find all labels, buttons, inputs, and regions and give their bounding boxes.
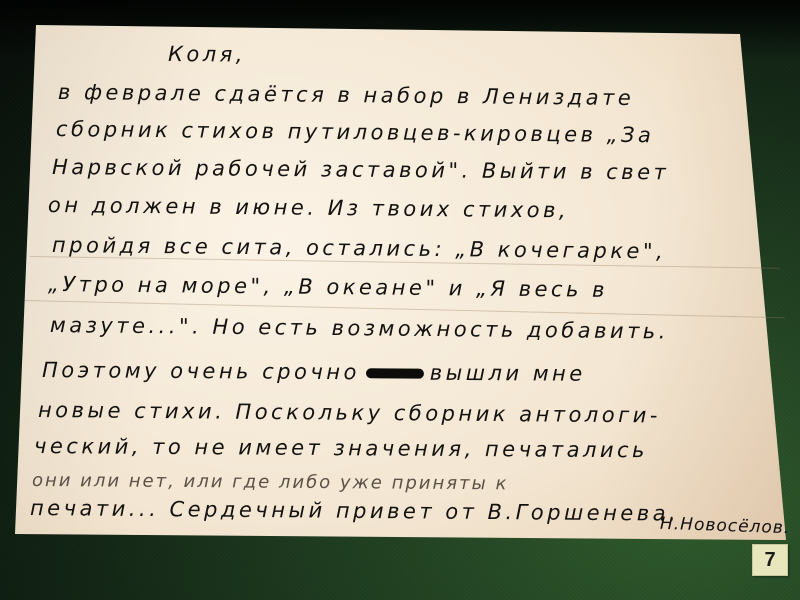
letter-salutation: Коля,	[168, 42, 246, 67]
letter-text: Поэтому очень срочно	[42, 358, 360, 384]
letter-line: „Утро на море", „В океане" и „Я весь в	[48, 272, 608, 302]
letter-line: мазуте...". Но есть возможность добавить…	[50, 313, 669, 343]
letter-line: он должен в июне. Из твоих стихов,	[48, 193, 569, 222]
letter-line: Нарвской рабочей заставой". Выйти в свет	[52, 155, 669, 184]
exhibit-number: 7	[764, 549, 775, 572]
letter-signature: Н.Новосёлов.	[660, 514, 791, 539]
letter-line-with-redaction: Поэтому очень срочновышли мне	[42, 358, 586, 386]
exhibit-number-tag: 7	[752, 544, 788, 576]
letter-line: сборник стихов путиловцев-кировцев „За	[56, 117, 655, 147]
letter-line: пройдя все сита, остались: „В кочегарке"…	[52, 233, 666, 263]
letter-line-pencil: они или нет, или где либо уже приняты к	[32, 470, 509, 494]
letter-line: ческий, то не имеет значения, печатались	[34, 434, 648, 462]
letter-line: новые стихи. Поскольку сборник антологи-	[38, 398, 661, 427]
letter-line: печати... Сердечный привет от В.Горшенев…	[30, 496, 679, 526]
redacted-word-mark	[366, 368, 424, 378]
letter-text: вышли мне	[430, 361, 586, 386]
handwritten-letter: Коля, в феврале сдаётся в набор в Ленизд…	[0, 0, 800, 600]
letter-line: в феврале сдаётся в набор в Ленизд­ате	[58, 80, 634, 110]
